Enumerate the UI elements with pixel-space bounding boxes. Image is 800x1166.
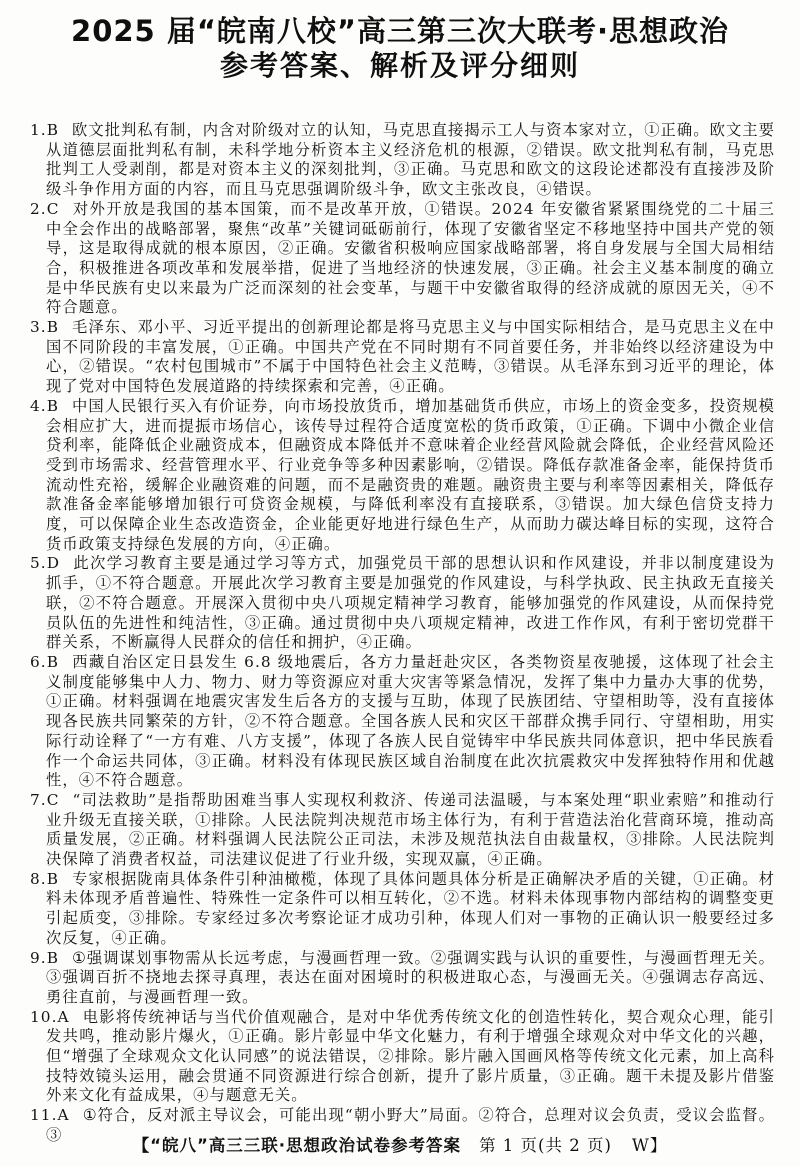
footer-version-code: W】 [632,1136,667,1155]
answer-label: 8.B [30,870,59,888]
answer-label: 7.C [30,791,59,809]
answer-label: 1.B [30,121,59,139]
answer-item-7: 7.C“司法救助”是指帮助困难当事人实现权利救济、传递司法温暖，与本案处理“职业… [30,791,775,870]
answer-explanation: “司法救助”是指帮助困难当事人实现权利救济、传递司法温暖，与本案处理“职业索赔”… [46,791,775,868]
answer-item-4: 4.B中国人民银行买入有价证券，向市场投放货币，增加基础货币供应，市场上的资金变… [30,397,775,555]
answer-item-9: 9.B①强调谋划事物需从长远考虑，与漫画哲理一致。②强调实践与认识的重要性，与漫… [30,949,775,1008]
answer-item-5: 5.D此次学习教育主要是通过学习等方式，加强党员干部的思想认识和作风建设，并非以… [30,554,775,653]
document-header: 2025 届“皖南八校”高三第三次大联考·思想政治 参考答案、解析及评分细则 [0,0,800,83]
answer-explanation: 专家根据陇南具体条件引种油橄榄，体现了具体问题具体分析是正确解决矛盾的关键，①正… [46,870,775,947]
answer-label: 2.C [30,200,59,218]
answers-body: 1.B欧文批判私有制，内含对阶级对立的认知，马克思直接揭示工人与资本家对立，①正… [30,121,775,1146]
answer-label: 6.B [30,653,59,671]
answer-item-2: 2.C对外开放是我国的基本国策，而不是改革开放，①错误。2024 年安徽省紧紧围… [30,200,775,318]
page-footer: 【“皖八”高三三联·思想政治试卷参考答案第 1 页(共 2 页)W】 [0,1135,800,1157]
answer-item-10: 10.A电影将传统神话与当代价值观融合，是对中华优秀传统文化的创造性转化，契合观… [30,1008,775,1107]
answer-explanation: 此次学习教育主要是通过学习等方式，加强党员干部的思想认识和作风建设，并非以制度建… [46,554,775,651]
answer-item-1: 1.B欧文批判私有制，内含对阶级对立的认知，马克思直接揭示工人与资本家对立，①正… [30,121,775,200]
answer-label: 9.B [30,949,59,967]
answer-label: 10.A [30,1008,70,1026]
answer-explanation: 电影将传统神话与当代价值观融合，是对中华优秀传统文化的创造性转化，契合观众心理，… [46,1008,775,1105]
answer-item-3: 3.B毛泽东、邓小平、习近平提出的创新理论都是将马克思主义与中国实际相结合，是马… [30,318,775,397]
answer-explanation: 毛泽东、邓小平、习近平提出的创新理论都是将马克思主义与中国实际相结合，是马克思主… [46,318,775,395]
footer-document-title: 【“皖八”高三三联·思想政治试卷参考答案 [133,1136,461,1155]
answer-label: 3.B [30,318,59,336]
answer-explanation: 西藏自治区定日县发生 6.8 级地震后，各方力量赶赴灾区，各类物资星夜驰援，这体… [46,653,775,789]
answer-explanation: 对外开放是我国的基本国策，而不是改革开放，①错误。2024 年安徽省紧紧围绕党的… [46,200,775,317]
answer-label: 11.A [30,1106,70,1124]
document-title-line1: 2025 届“皖南八校”高三第三次大联考·思想政治 [0,14,800,49]
answer-explanation: 中国人民银行买入有价证券，向市场投放货币，增加基础货币供应，市场上的资金变多，投… [46,397,775,553]
answer-explanation: ①强调谋划事物需从长远考虑，与漫画哲理一致。②强调实践与认识的重要性，与漫画哲理… [46,949,775,1006]
exam-answer-sheet-page: 2025 届“皖南八校”高三第三次大联考·思想政治 参考答案、解析及评分细则 1… [0,0,800,1166]
document-title-line2: 参考答案、解析及评分细则 [0,49,800,83]
footer-page-number: 第 1 页(共 2 页) [479,1136,612,1155]
answer-item-8: 8.B专家根据陇南具体条件引种油橄榄，体现了具体问题具体分析是正确解决矛盾的关键… [30,870,775,949]
answer-label: 5.D [30,554,60,572]
answer-item-6: 6.B西藏自治区定日县发生 6.8 级地震后，各方力量赶赴灾区，各类物资星夜驰援… [30,653,775,791]
answer-explanation: 欧文批判私有制，内含对阶级对立的认知，马克思直接揭示工人与资本家对立，①正确。欧… [46,121,775,198]
answer-label: 4.B [30,397,59,415]
